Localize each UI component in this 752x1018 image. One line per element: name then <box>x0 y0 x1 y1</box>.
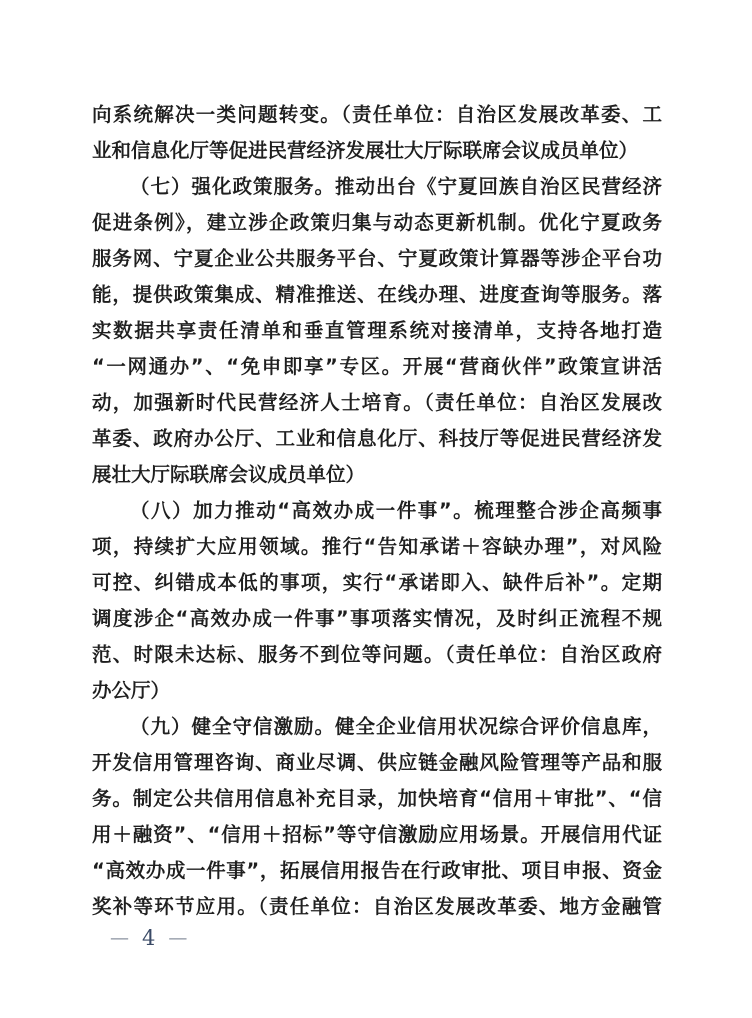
document-line: 革委、政府办公厅、工业和信息化厅、科技厅等促进民营经济发 <box>92 421 662 457</box>
document-line: 办公厅） <box>92 673 662 709</box>
page-number-dash-right: — <box>168 924 187 952</box>
document-line: 用＋融资”、“信用＋招标”等守信激励应用场景。开展信用代证 <box>92 817 662 853</box>
document-line: 业和信息化厅等促进民营经济发展壮大厅际联席会议成员单位） <box>92 133 662 169</box>
document-line: 务。制定公共信用信息补充目录，加快培育“信用＋审批”、“信 <box>92 781 662 817</box>
page-number-value: 4 <box>142 924 155 952</box>
document-line: “一网通办”、“免申即享”专区。开展“营商伙伴”政策宣讲活 <box>92 349 662 385</box>
document-line: 能，提供政策集成、精准推送、在线办理、进度查询等服务。落 <box>92 277 662 313</box>
page-number-dash-left: — <box>110 924 129 952</box>
document-line: （九）健全守信激励。健全企业信用状况综合评价信息库， <box>92 709 662 745</box>
document-line: 促进条例》，建立涉企政策归集与动态更新机制。优化宁夏政务 <box>92 205 662 241</box>
document-line: （七）强化政策服务。推动出台《宁夏回族自治区民营经济 <box>92 169 662 205</box>
page-number: — 4 — <box>110 924 187 952</box>
document-line: 项，持续扩大应用领域。推行“告知承诺＋容缺办理”，对风险 <box>92 529 662 565</box>
document-line: 动，加强新时代民营经济人士培育。（责任单位：自治区发展改 <box>92 385 662 421</box>
document-line: 开发信用管理咨询、商业尽调、供应链金融风险管理等产品和服 <box>92 745 662 781</box>
document-line: 范、时限未达标、服务不到位等问题。（责任单位：自治区政府 <box>92 637 662 673</box>
document-line: 奖补等环节应用。（责任单位：自治区发展改革委、地方金融管 <box>92 889 662 925</box>
document-line: “高效办成一件事”，拓展信用报告在行政审批、项目申报、资金 <box>92 853 662 889</box>
document-body: 向系统解决一类问题转变。（责任单位：自治区发展改革委、工业和信息化厅等促进民营经… <box>92 97 662 925</box>
document-line: 向系统解决一类问题转变。（责任单位：自治区发展改革委、工 <box>92 97 662 133</box>
document-line: 可控、纠错成本低的事项，实行“承诺即入、缺件后补”。定期 <box>92 565 662 601</box>
document-page: 向系统解决一类问题转变。（责任单位：自治区发展改革委、工业和信息化厅等促进民营经… <box>0 0 752 1018</box>
document-line: （八）加力推动“高效办成一件事”。梳理整合涉企高频事 <box>92 493 662 529</box>
document-line: 服务网、宁夏企业公共服务平台、宁夏政策计算器等涉企平台功 <box>92 241 662 277</box>
document-line: 实数据共享责任清单和垂直管理系统对接清单，支持各地打造 <box>92 313 662 349</box>
document-line: 调度涉企“高效办成一件事”事项落实情况，及时纠正流程不规 <box>92 601 662 637</box>
document-line: 展壮大厅际联席会议成员单位） <box>92 457 662 493</box>
